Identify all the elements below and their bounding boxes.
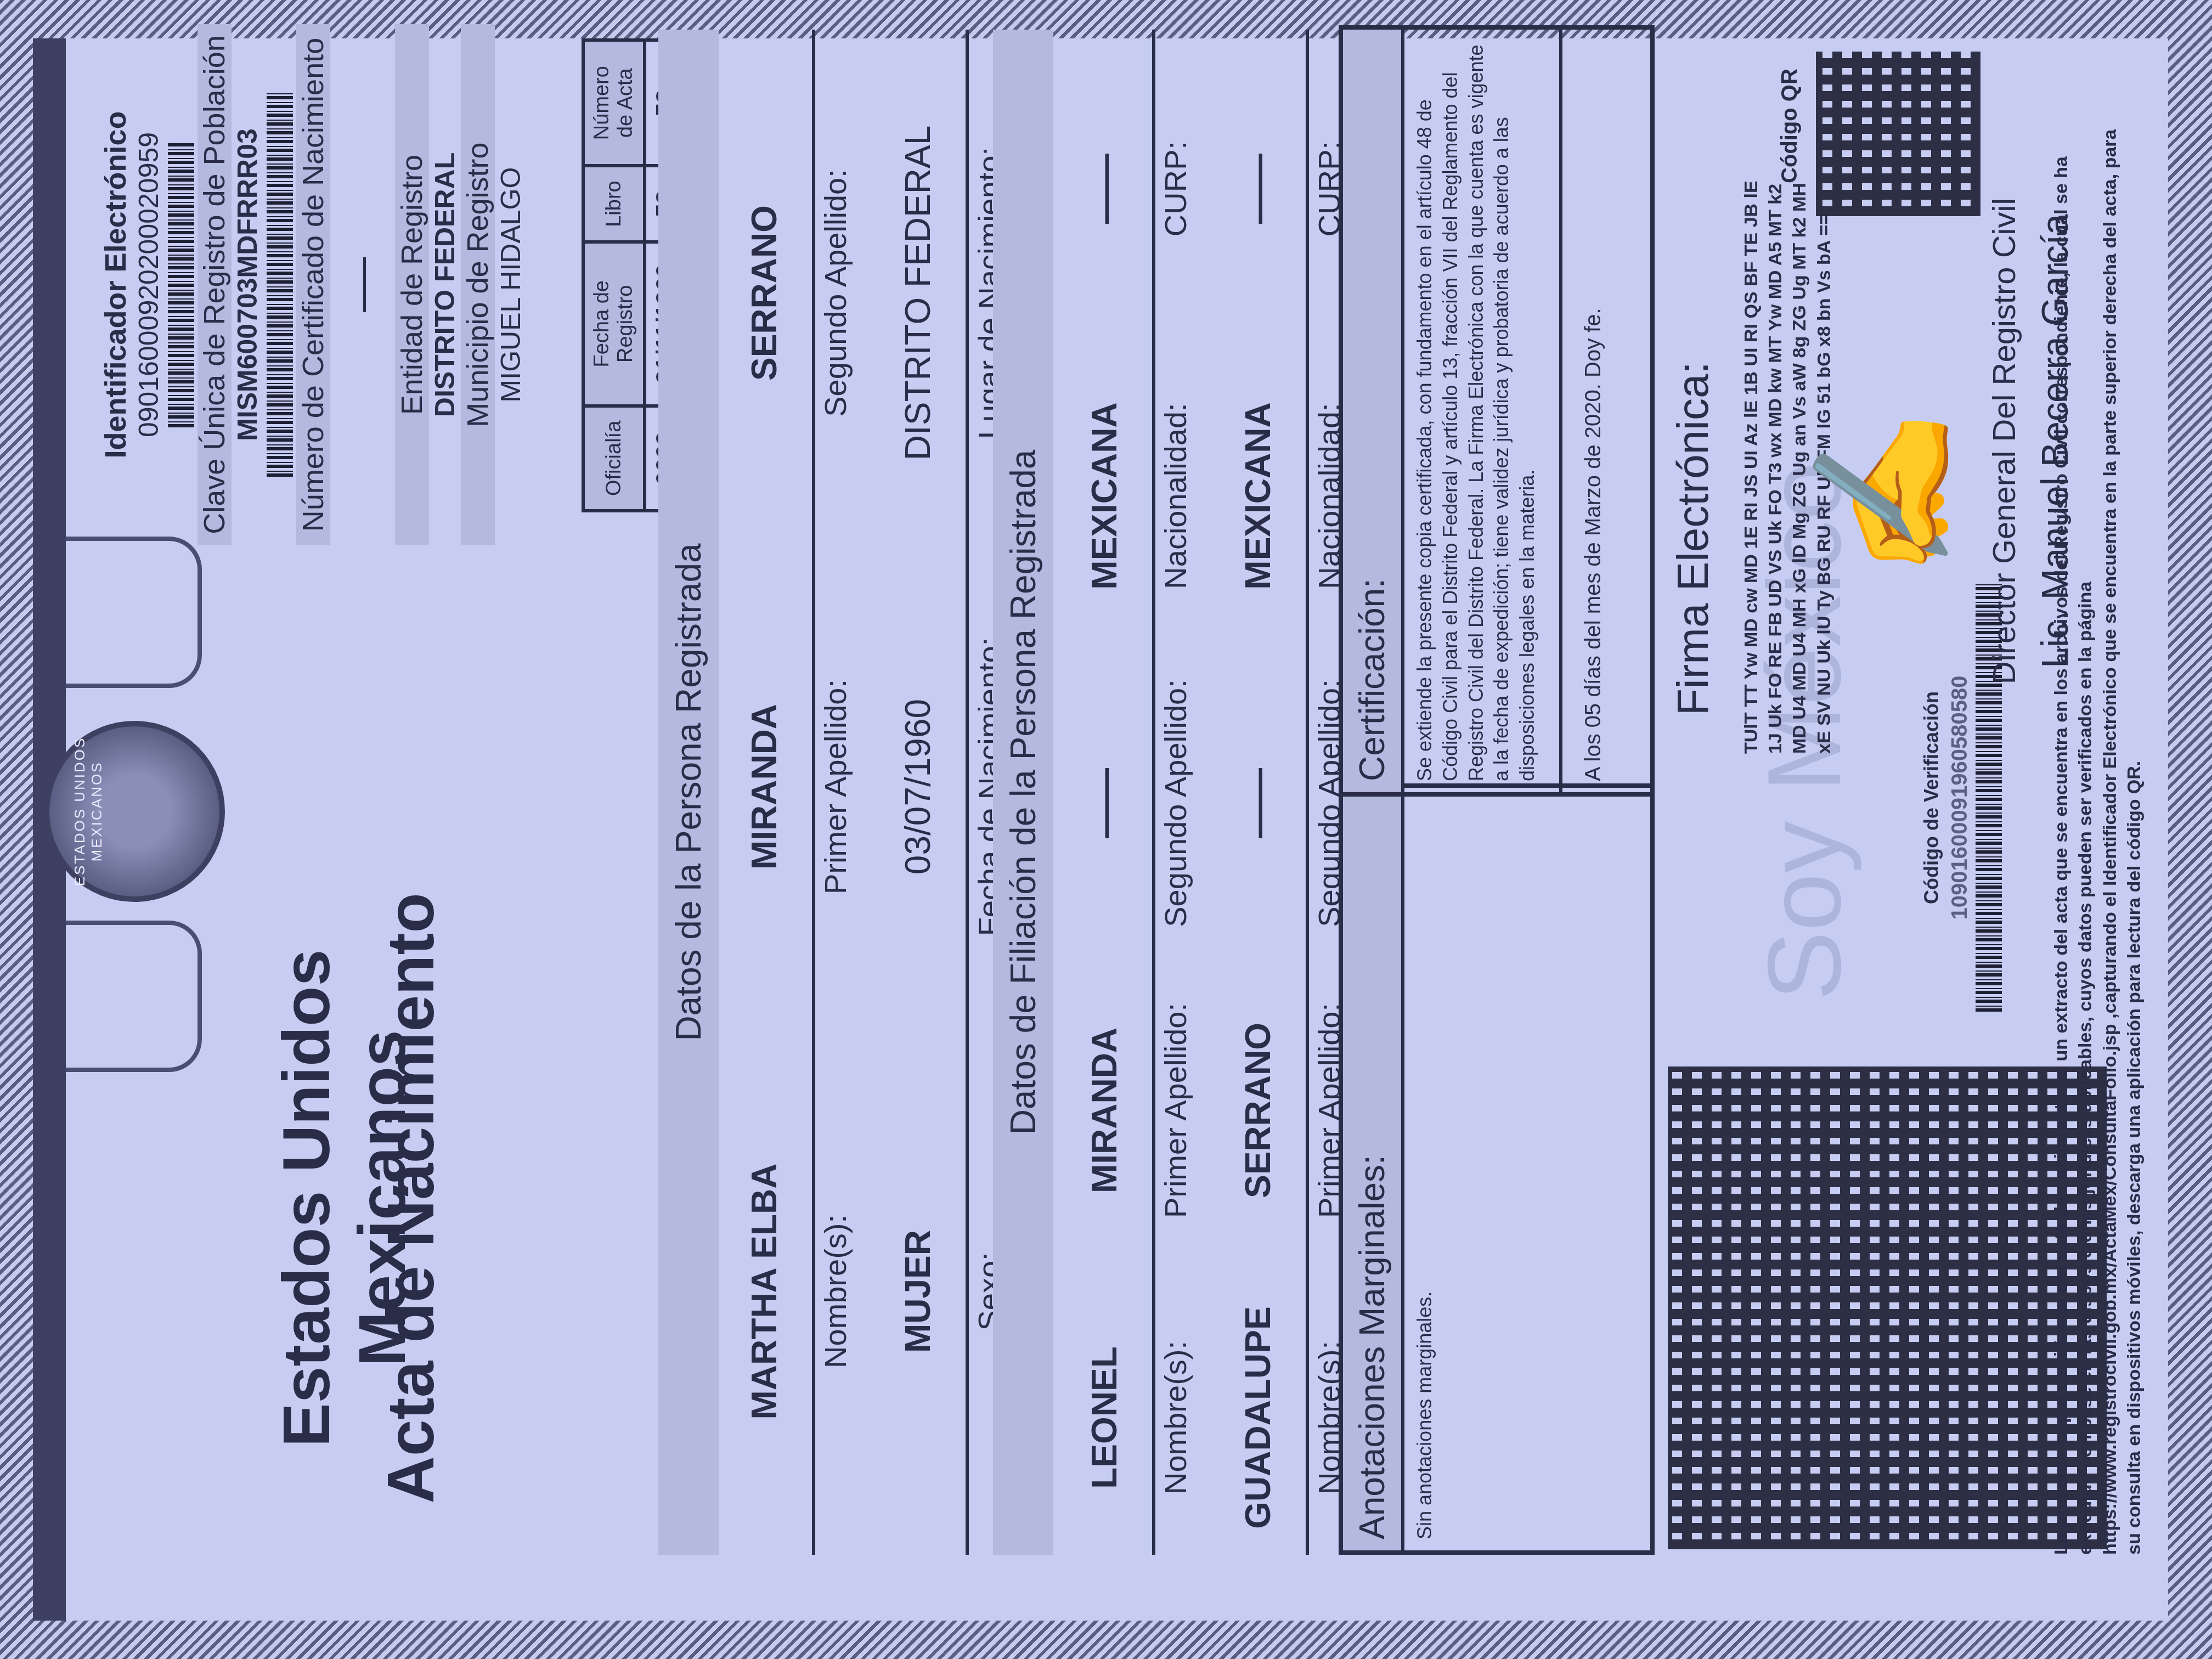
padre-nombre: LEONEL <box>1084 1280 1125 1555</box>
certificacion-fecha: A los 05 días del mes de Marzo de 2020. … <box>1559 30 1615 792</box>
persona-primer-apellido: MIRANDA <box>744 567 785 1006</box>
filiacion-section-title: Datos de Filiación de la Persona Registr… <box>993 30 1053 1555</box>
signature-mark: ✍ <box>1805 408 1966 578</box>
madre-nacionalidad: MEXICANA <box>1238 359 1278 633</box>
padre-curp-label: CURP: <box>1158 52 1193 326</box>
persona-sexo: MUJER <box>898 1072 938 1511</box>
certificado-label: Número de Certificado de Nacimiento <box>296 24 330 545</box>
madre-primer-apellido: SERRANO <box>1238 973 1278 1248</box>
qr-code-large <box>1668 1066 2107 1549</box>
certificacion-title: Certificación: <box>1343 30 1404 792</box>
document-title: Acta de Nacimiento <box>373 842 449 1555</box>
persona-segundo-apellido-label: Segundo Apellido: <box>817 74 853 512</box>
certificacion-box: Certificación: Se extiende la presente c… <box>1339 25 1655 797</box>
madre-nombre: GUADALUPE <box>1238 1280 1278 1555</box>
padre-row: LEONELNombre(s): MIRANDAPrimer Apellido:… <box>1152 30 1155 1555</box>
padre-segundo-apellido-label: Segundo Apellido: <box>1158 666 1193 940</box>
padre-segundo-apellido: —— <box>1084 666 1125 940</box>
curp-barcode <box>267 93 293 477</box>
municipio-value: MIGUEL HIDALGO <box>495 24 527 545</box>
ornament-right <box>66 537 202 688</box>
national-seal-icon: ESTADOS UNIDOS MEXICANOS <box>44 721 225 902</box>
director-title: Director General Del Registro Civil <box>1986 84 2023 798</box>
persona-nombre-label: Nombre(s): <box>817 1072 853 1511</box>
seal-text: ESTADOS UNIDOS MEXICANOS <box>71 726 105 896</box>
identificador-value: 09016000920200020959 <box>133 24 165 545</box>
persona-section-title: Datos de la Persona Registrada <box>658 30 719 1555</box>
persona-segundo-apellido: SERRANO <box>744 74 785 512</box>
birth-certificate-page: ESTADOS UNIDOS MEXICANOS Estados Unidos … <box>0 0 2212 1659</box>
verification-code: 109016000919605805​80 <box>1948 551 1972 1045</box>
identificador-label: Identificador Electrónico <box>99 24 133 545</box>
madre-segundo-apellido: —— <box>1238 666 1278 940</box>
entidad-value: DISTRITO FEDERAL <box>429 24 461 545</box>
document-sheet: ESTADOS UNIDOS MEXICANOS Estados Unidos … <box>33 38 2168 1621</box>
persona-lugar-nacimiento: DISTRITO FEDERAL <box>898 74 938 512</box>
entidad-label: Entidad de Registro <box>395 24 429 545</box>
footer-disclaimer: La presente copia certificada del acta d… <box>2049 104 2146 1555</box>
identificador-barcode <box>168 142 194 427</box>
certificado-value: —— <box>347 24 379 545</box>
padre-primer-apellido: MIRANDA <box>1084 973 1125 1248</box>
municipio-label: Municipio de Registro <box>461 24 495 545</box>
qr-code-small <box>1816 52 1980 216</box>
certificacion-text: Se extiende la presente copia certificad… <box>1404 30 1548 792</box>
firma-title: Firma Electrónica: <box>1668 362 1718 715</box>
curp-value: MISM600703MDFRRR03 <box>232 24 263 545</box>
anotaciones-box: Anotaciones Marginales: Sin anotaciones … <box>1339 783 1655 1555</box>
header-numero-acta: Número de Acta <box>583 40 645 166</box>
qr-label: Código QR <box>1778 69 1802 183</box>
anotaciones-title: Anotaciones Marginales: <box>1343 788 1404 1550</box>
identifiers-column: Identificador Electrónico 09016000920200… <box>99 24 527 545</box>
header-libro: Libro <box>583 166 645 242</box>
persona-nombre: MARTHA ELBA <box>744 1072 785 1511</box>
header-oficialia: Oficialía <box>583 406 645 511</box>
padre-curp: —— <box>1084 52 1125 326</box>
header-fecha-registro: Fecha de Registro <box>583 242 645 406</box>
persona-fecha-nacimiento: 03/07/1960 <box>898 567 938 1006</box>
curp-label: Clave Única de Registro de Población <box>198 24 232 545</box>
madre-curp: —— <box>1238 52 1278 326</box>
padre-nacionalidad: MEXICANA <box>1084 359 1125 633</box>
anotaciones-text: Sin anotaciones marginales. <box>1404 788 1446 1550</box>
persona-names-row: MARTHA ELBANombre(s): MIRANDAPrimer Apel… <box>812 30 815 1555</box>
padre-nacionalidad-label: Nacionalidad: <box>1158 359 1193 633</box>
verification-label: Código de Verificación <box>1920 551 1943 1045</box>
persona-primer-apellido-label: Primer Apellido: <box>817 567 853 1006</box>
padre-nombre-label: Nombre(s): <box>1158 1280 1193 1555</box>
persona-birth-row: MUJERSexo: 03/07/1960Fecha de Nacimiento… <box>966 30 969 1555</box>
padre-primer-apellido-label: Primer Apellido: <box>1158 973 1193 1248</box>
madre-row: GUADALUPENombre(s): SERRANOPrimer Apelli… <box>1306 30 1309 1555</box>
ornament-left <box>66 921 202 1072</box>
